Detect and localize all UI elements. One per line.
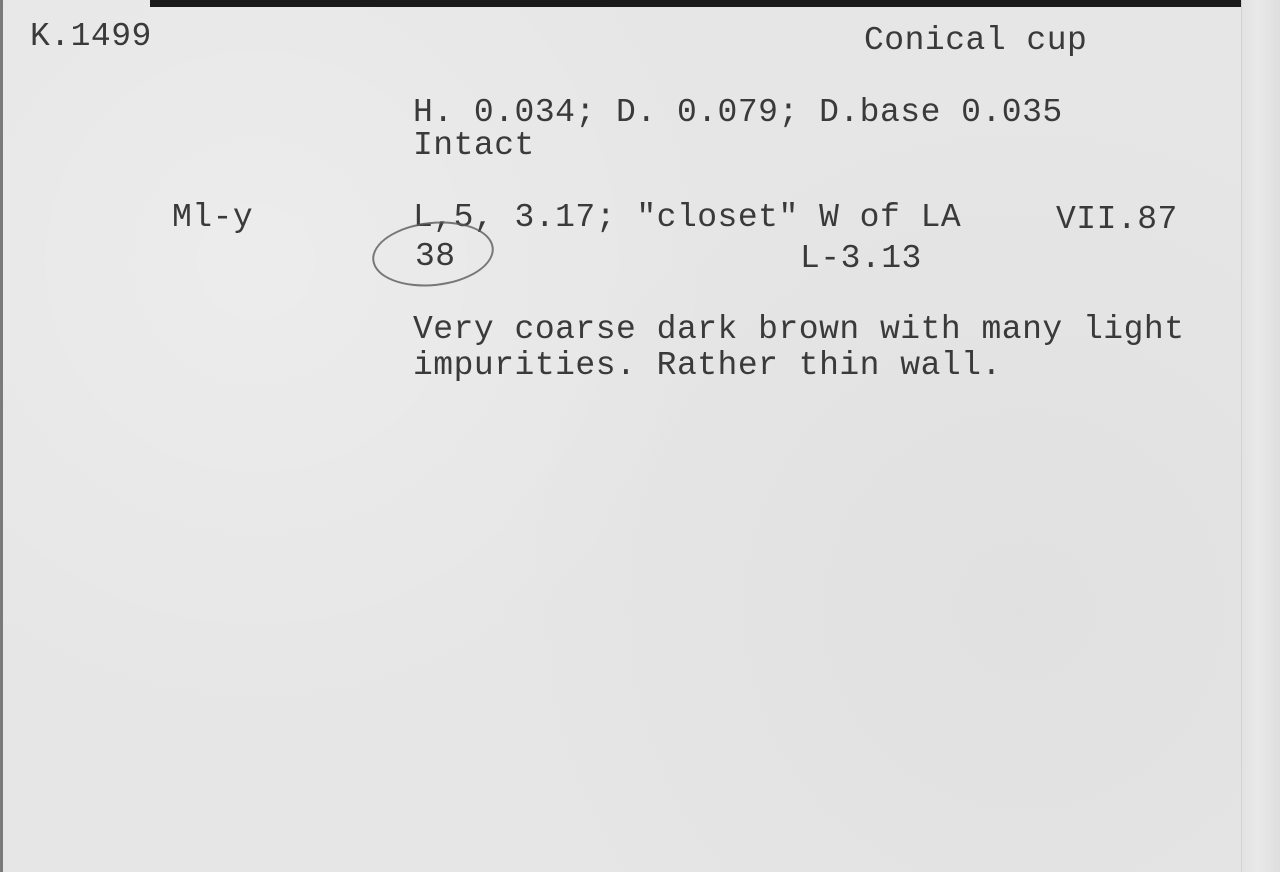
- description-line-2: impurities. Rather thin wall.: [413, 349, 1002, 382]
- card-top-shadow: [150, 0, 1280, 7]
- catalog-card: K.1499 Conical cup H. 0.034; D. 0.079; D…: [0, 0, 1280, 872]
- findspot: L,5, 3.17; "closet" W of LA: [413, 201, 961, 234]
- box-number: 38: [415, 240, 456, 273]
- dimensions: H. 0.034; D. 0.079; D.base 0.035: [413, 96, 1063, 129]
- card-right-edge: [1241, 0, 1280, 872]
- classification-code: Ml-y: [172, 201, 253, 234]
- object-type: Conical cup: [864, 24, 1087, 57]
- catalog-number: K.1499: [30, 20, 152, 53]
- card-left-edge: [0, 0, 3, 872]
- description-line-1: Very coarse dark brown with many light: [413, 313, 1185, 346]
- excavation-date: VII.87: [1056, 203, 1178, 236]
- locus: L-3.13: [800, 242, 922, 275]
- condition: Intact: [413, 129, 535, 162]
